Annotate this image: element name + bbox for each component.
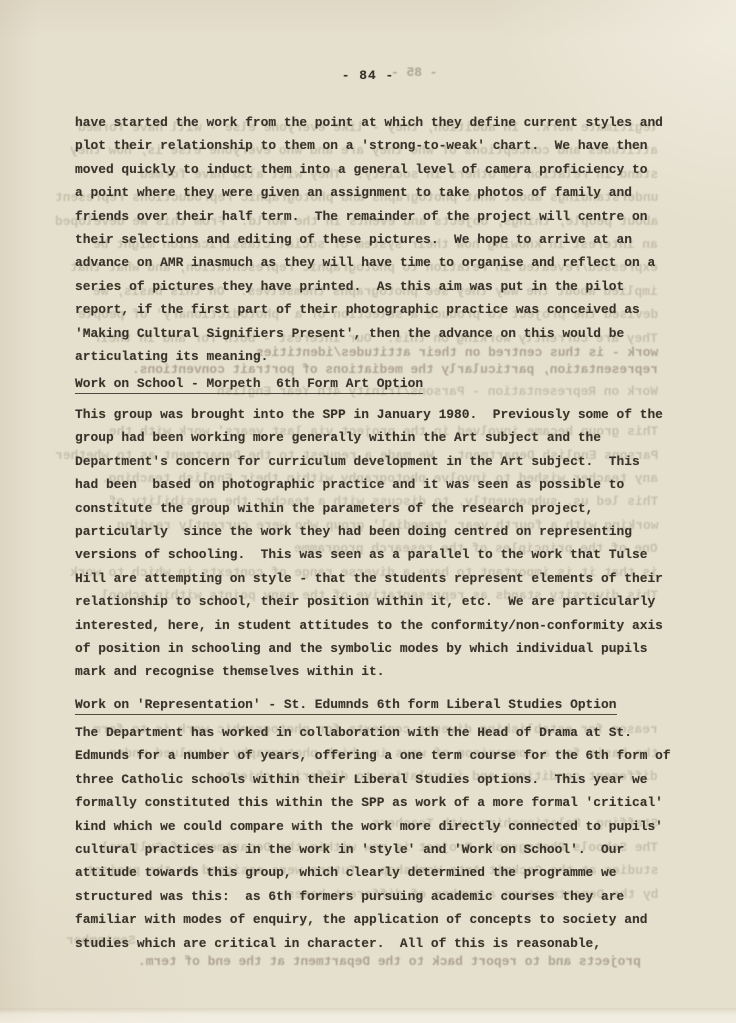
document-page: - 85 - legitimate work. In addition, the…: [0, 0, 736, 1023]
section1-heading-text: Work on School - Morpeth 6th Form Art Op…: [75, 376, 423, 394]
section2-heading-text: Work on 'Representation' - St. Edumnds 6…: [75, 697, 617, 715]
page-number: - 84 -: [0, 68, 736, 83]
scan-bottom-edge: [0, 1008, 736, 1023]
section2-heading: Work on 'Representation' - St. Edumnds 6…: [75, 696, 617, 713]
section2-paragraph: The Department has worked in collaborati…: [75, 721, 671, 955]
intro-paragraph: have started the work from the point at …: [75, 111, 663, 368]
section1-paragraph: This group was brought into the SPP in J…: [75, 403, 663, 684]
section1-heading: Work on School - Morpeth 6th Form Art Op…: [75, 375, 423, 392]
